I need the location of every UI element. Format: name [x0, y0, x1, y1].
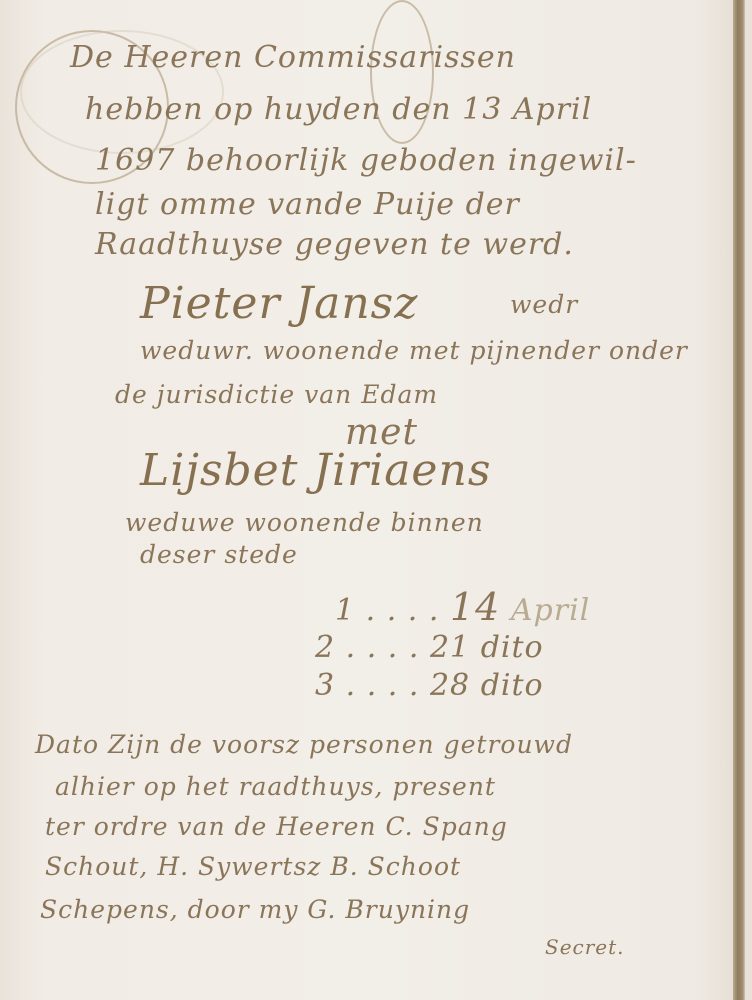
banns-row: 2 . . . . 21 dito	[315, 630, 544, 665]
groom-status: wedr	[510, 290, 578, 319]
closing-4: Schout, H. Sywertsz B. Schoot	[45, 852, 461, 881]
line-3: 1697 behoorlijk geboden ingewil-	[95, 143, 637, 178]
groom-name: Pieter Jansz	[140, 278, 418, 329]
bride-desc-1: weduwe woonende binnen	[125, 508, 484, 537]
groom-desc-1: weduwr. woonende met pijnender onder	[140, 336, 688, 365]
banns-row: 1 . . . . 14 April	[335, 585, 590, 629]
closing-signature: Secret.	[545, 935, 625, 959]
closing-3: ter ordre van de Heeren C. Spang	[45, 812, 508, 841]
line-4: ligt omme vande Puije der	[95, 187, 520, 222]
line-5: Raadthuyse gegeven te werd.	[95, 227, 574, 262]
banns-row: 3 . . . . 28 dito	[315, 668, 544, 703]
page-margin	[745, 0, 752, 1000]
bride-name: Lijsbet Jiriaens	[140, 445, 491, 496]
bride-desc-2: deser stede	[140, 540, 298, 569]
closing-2: alhier op het raadthuys, present	[55, 772, 496, 801]
closing-5: Schepens, door my G. Bruyning	[40, 895, 470, 924]
groom-desc-2: de jurisdictie van Edam	[115, 380, 438, 409]
closing-1: Dato Zijn de voorsz personen getrouwd	[35, 730, 573, 759]
binding-edge	[733, 0, 745, 1000]
line-1: De Heeren Commissarissen	[70, 40, 516, 75]
line-2: hebben op huyden den 13 April	[85, 92, 592, 127]
